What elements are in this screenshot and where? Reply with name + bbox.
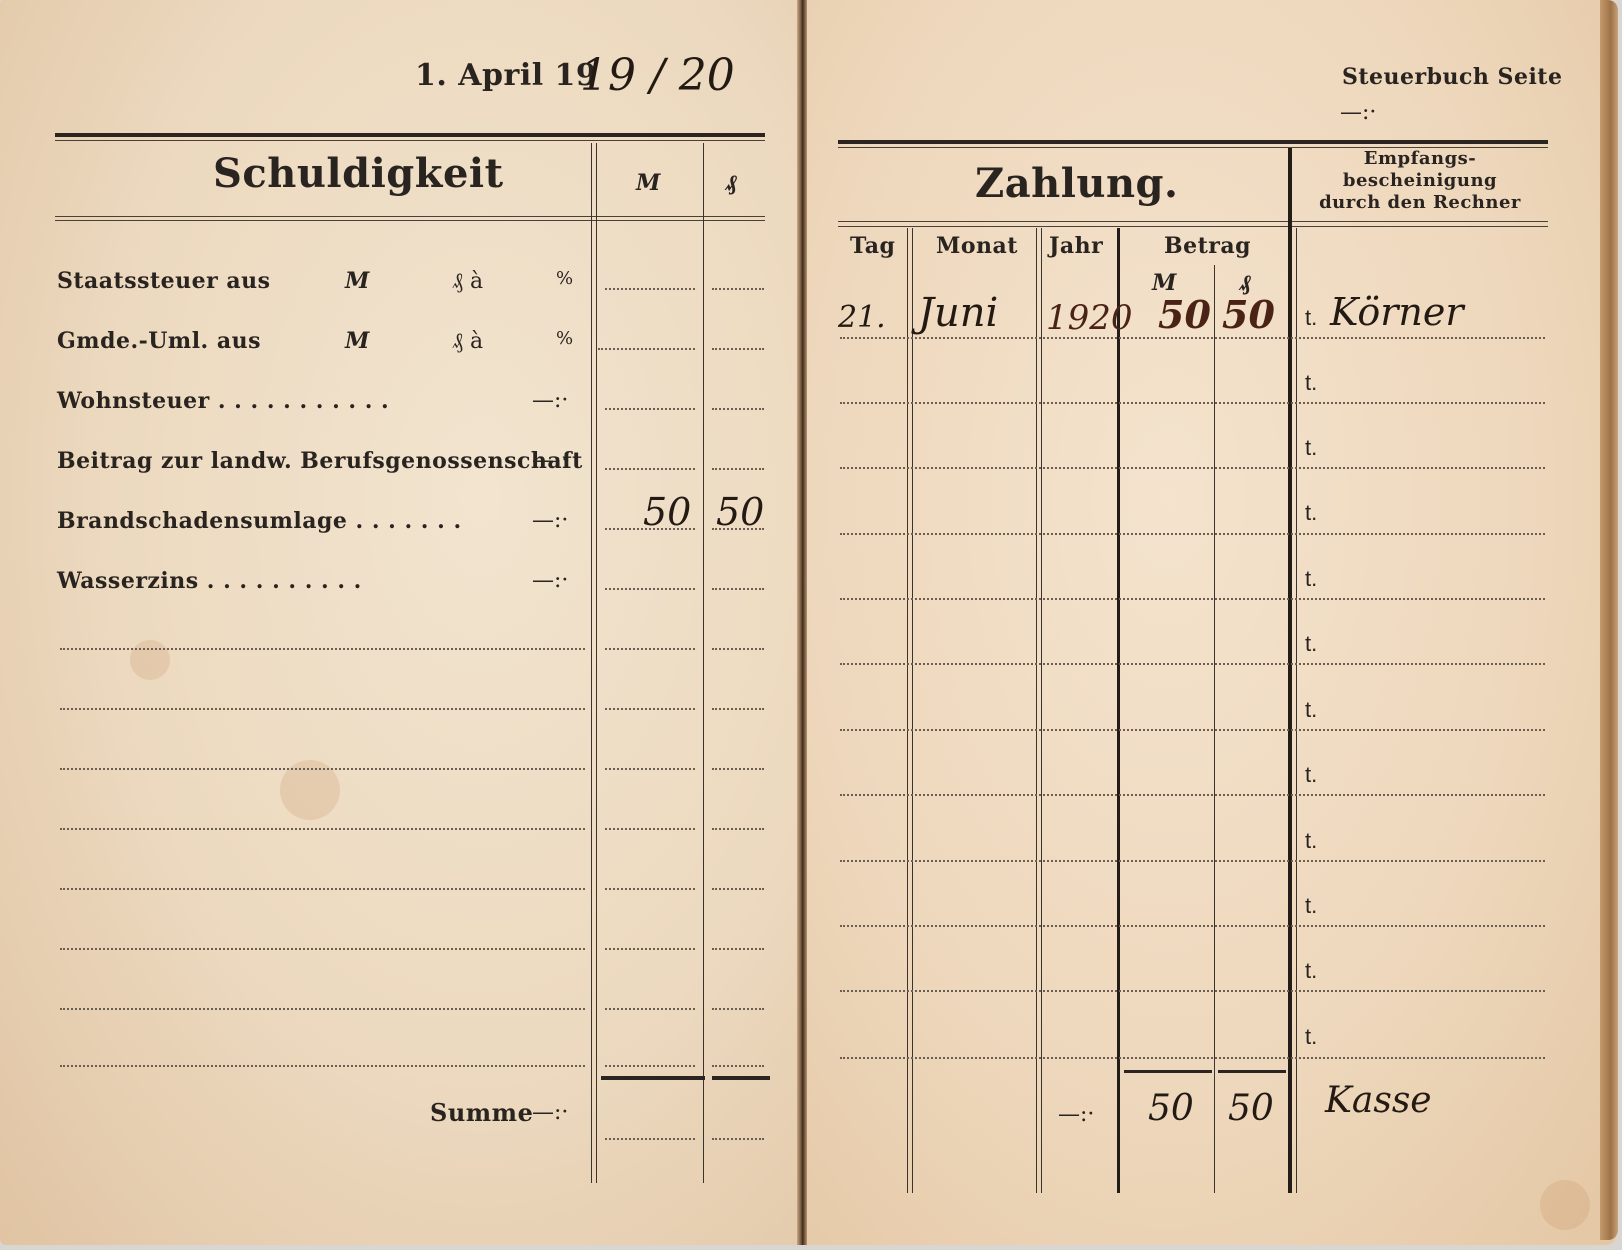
dotted-line: [712, 348, 764, 350]
column-header-monat: Monat: [936, 233, 1018, 259]
dotted-line: [712, 828, 764, 830]
dotted-line: [598, 348, 695, 350]
top-rule-thin: [55, 140, 765, 141]
row-line: [840, 467, 1545, 469]
entry-month: Juni: [918, 290, 998, 336]
row-line: [840, 729, 1545, 731]
sum-rule: [1218, 1070, 1286, 1073]
blank-row-line: [60, 828, 585, 830]
entry-day: 21.: [838, 300, 886, 335]
dotted-line: [712, 768, 764, 770]
row-dash: —:·: [532, 388, 568, 413]
sum-amount-mark: 50: [1148, 1088, 1194, 1129]
dotted-line: [712, 588, 764, 590]
receipt-column-header: Empfangs- bescheinigung durch den Rechne…: [1290, 148, 1550, 214]
steuerbuch-seite-label: Steuerbuch Seite: [1342, 64, 1562, 90]
entry-amount-pfennig: 50: [1222, 292, 1275, 337]
dotted-line: [712, 888, 764, 890]
receipt-t-mark: t.: [1305, 435, 1317, 461]
dotted-line: [605, 888, 695, 890]
book-edge: [1600, 0, 1618, 1240]
sum-rule: [1124, 1070, 1212, 1073]
dotted-line: [605, 468, 695, 470]
dotted-line: [712, 948, 764, 950]
row-dash: —:·: [532, 448, 568, 473]
row-line: [840, 925, 1545, 927]
row-line: [840, 663, 1545, 665]
book-gutter: [797, 0, 807, 1245]
sum-dash: —:·: [1058, 1102, 1094, 1127]
receipt-t-mark: t.: [1305, 958, 1317, 984]
mark-column-header: M: [636, 170, 660, 196]
row-label-beitrag: Beitrag zur landw. Berufsgenossenschaft: [57, 448, 583, 474]
header-rule-2: [838, 226, 1548, 227]
column-divider: [703, 143, 704, 1183]
receipt-t-mark: t.: [1305, 305, 1317, 331]
amount-divider: [1117, 228, 1120, 1193]
row-label-wohnsteuer: Wohnsteuer . . . . . . . . . . .: [57, 388, 389, 414]
row-line: [840, 402, 1545, 404]
receipt-t-mark: t.: [1305, 1024, 1317, 1050]
row-percent: %: [556, 328, 573, 349]
dotted-line: [605, 648, 695, 650]
header-rule: [55, 216, 765, 217]
column-header-tag: Tag: [850, 233, 895, 259]
dotted-line: [605, 828, 695, 830]
steuerbuch-seite-value: —:·: [1340, 100, 1376, 125]
dotted-line: [605, 1138, 695, 1140]
row-line: [840, 598, 1545, 600]
receipt-divider-thin: [1296, 228, 1297, 1193]
column-divider: [907, 228, 908, 1193]
handwritten-year: 19 / 20: [580, 50, 735, 101]
sum-rule: [712, 1076, 770, 1080]
sum-signature: Kasse: [1325, 1080, 1432, 1121]
column-divider: [1036, 228, 1037, 1193]
blank-row-line: [60, 768, 585, 770]
receipt-t-mark: t.: [1305, 893, 1317, 919]
row-dash: —:·: [532, 508, 568, 533]
receipt-t-mark: t.: [1305, 500, 1317, 526]
header-rule-2: [55, 220, 765, 221]
sum-rule: [601, 1076, 705, 1080]
dotted-line: [712, 708, 764, 710]
pfennig-column-header: ₰: [726, 170, 737, 196]
section-title-schuldigkeit: Schuldigkeit: [213, 150, 504, 197]
dotted-line: [712, 1008, 764, 1010]
dotted-line: [712, 528, 764, 530]
row-percent: %: [556, 268, 573, 289]
dotted-line: [712, 288, 764, 290]
receipt-t-mark: t.: [1305, 631, 1317, 657]
dotted-line: [712, 648, 764, 650]
top-rule: [838, 140, 1548, 144]
dotted-line: [605, 288, 695, 290]
row-line: [840, 860, 1545, 862]
row-line: [840, 337, 1545, 339]
dotted-line: [712, 1138, 764, 1140]
blank-row-line: [60, 708, 585, 710]
header-rule: [838, 221, 1548, 222]
blank-row-line: [60, 1065, 585, 1067]
receipt-signature: Körner: [1330, 290, 1464, 334]
column-divider: [591, 143, 592, 1183]
row-unit-pf: ₰ à: [452, 268, 483, 294]
blank-row-line: [60, 648, 585, 650]
row-label-brandschadensumlage: Brandschadensumlage . . . . . . .: [57, 508, 462, 534]
row-line: [840, 990, 1545, 992]
receipt-t-mark: t.: [1305, 697, 1317, 723]
column-header-betrag: Betrag: [1164, 233, 1251, 259]
blank-row-line: [60, 1008, 585, 1010]
dotted-line: [605, 588, 695, 590]
printed-date: 1. April 19: [415, 58, 597, 93]
row-unit-m: M: [345, 328, 369, 354]
paper-stain: [130, 640, 170, 680]
sum-amount-pfennig: 50: [1228, 1088, 1274, 1129]
column-divider: [596, 143, 597, 1183]
dotted-line: [712, 468, 764, 470]
receipt-t-mark: t.: [1305, 828, 1317, 854]
sum-dash: —:·: [532, 1100, 568, 1125]
dotted-line: [605, 708, 695, 710]
receipt-t-mark: t.: [1305, 566, 1317, 592]
column-header-jahr: Jahr: [1049, 233, 1103, 259]
row-line: [840, 533, 1545, 535]
open-tax-book: 1. April 19 19 / 20 Schuldigkeit M ₰ Sta…: [0, 0, 1622, 1250]
row-unit-pf: ₰ à: [452, 328, 483, 354]
top-rule: [55, 133, 765, 137]
paper-stain: [1540, 1180, 1590, 1230]
dotted-line: [605, 528, 695, 530]
receipt-t-mark: t.: [1305, 370, 1317, 396]
blank-row-line: [60, 948, 585, 950]
dotted-line: [712, 408, 764, 410]
receipt-divider: [1288, 148, 1292, 1193]
dotted-line: [712, 1065, 764, 1067]
section-title-zahlung: Zahlung.: [975, 160, 1178, 207]
row-unit-m: M: [345, 268, 369, 294]
sum-label: Summe: [430, 1098, 533, 1127]
dotted-line: [605, 1065, 695, 1067]
row-label-staatssteuer: Staatssteuer aus: [57, 268, 271, 294]
blank-row-line: [60, 888, 585, 890]
dotted-line: [605, 1008, 695, 1010]
receipt-header-line: bescheinigung: [1290, 170, 1550, 192]
row-line: [840, 794, 1545, 796]
entry-year: 1920: [1046, 298, 1133, 338]
column-divider: [1041, 228, 1042, 1193]
dotted-line: [605, 948, 695, 950]
row-dash: —:·: [532, 568, 568, 593]
receipt-header-line: durch den Rechner: [1290, 192, 1550, 214]
row-line: [840, 1057, 1545, 1059]
column-divider: [912, 228, 913, 1193]
row-label-wasserzins: Wasserzins . . . . . . . . . .: [57, 568, 362, 594]
dotted-line: [605, 768, 695, 770]
dotted-line: [605, 408, 695, 410]
row-label-gemeindeumlage: Gmde.-Uml. aus: [57, 328, 261, 354]
entry-amount-mark: 50: [1158, 292, 1211, 337]
receipt-header-line: Empfangs-: [1290, 148, 1550, 170]
receipt-t-mark: t.: [1305, 762, 1317, 788]
